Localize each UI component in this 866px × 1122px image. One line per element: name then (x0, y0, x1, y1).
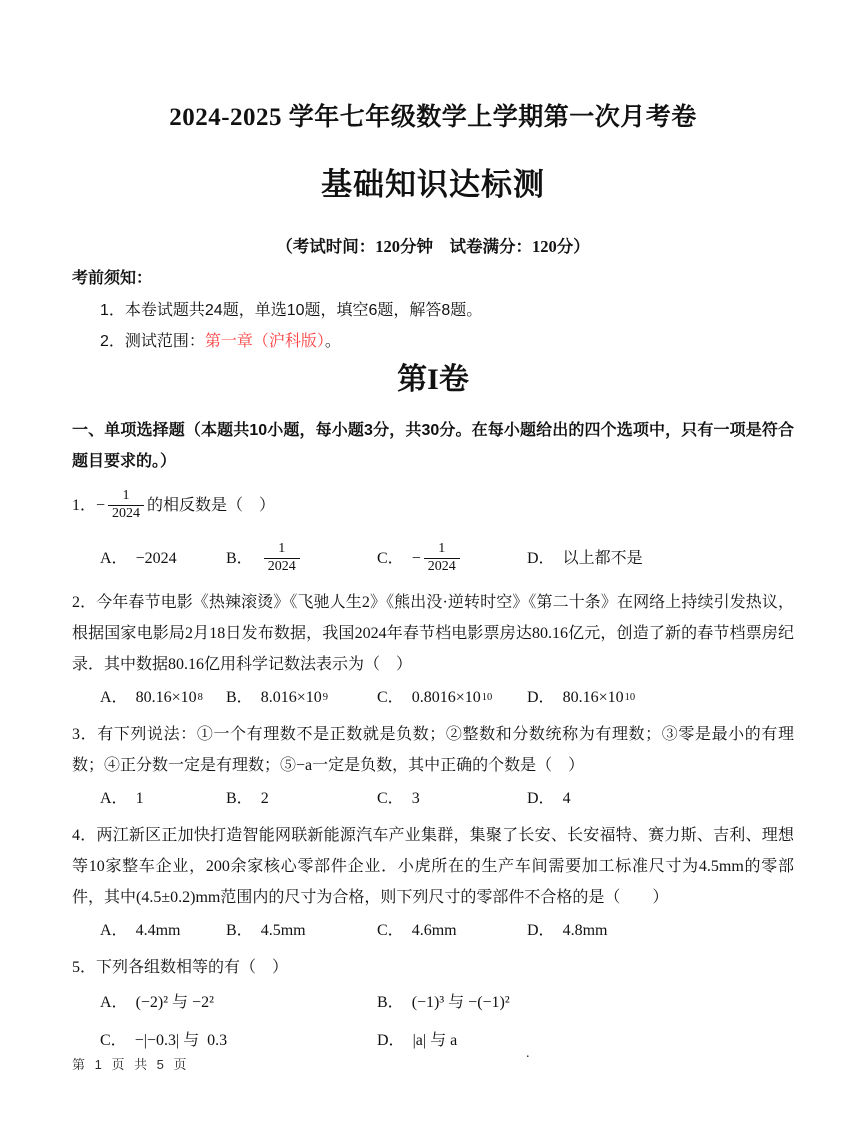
option-4b: B．4.5mm (226, 915, 377, 946)
notice-heading: 考前须知： (72, 268, 794, 290)
question-1-stem: 1．−12024的相反数是（ ） (72, 483, 794, 527)
option-2a: A．80.16×108 (100, 682, 226, 713)
option-4d: D．4.8mm (527, 915, 794, 946)
question-1-number: 1． (72, 490, 96, 521)
question-3-options: A．1 B．2 C．3 D．4 (72, 783, 794, 814)
option-label: C． (377, 915, 404, 946)
option-text: 2 (261, 783, 269, 814)
notice-list: 1．本卷试题共24题，单选10题，填空6题，解答8题。 2．测试范围：第一章（沪… (72, 295, 794, 357)
option-label: B． (377, 985, 404, 1021)
minus-sign: − (96, 490, 105, 521)
option-2c: C．0.8016×1010 (377, 682, 527, 713)
option-4c: C．4.6mm (377, 915, 527, 946)
section-1-heading: 一、单项选择题（本题共10小题，每小题3分，共30分。在每小题给出的四个选项中，… (72, 415, 794, 477)
option-label: B． (226, 682, 253, 713)
question-3: 3．有下列说法：①一个有理数不是正数就是负数；②整数和分数统称为有理数；③零是最… (72, 719, 794, 814)
exam-info-line: （考试时间：120分钟 试卷满分：120分） (72, 237, 794, 257)
option-4a: A．4.4mm (100, 915, 226, 946)
option-label: A． (100, 915, 128, 946)
option-text: 1 (136, 783, 144, 814)
question-2-number: 2． (72, 594, 96, 611)
option-2d: D．80.16×1010 (527, 682, 794, 713)
question-3-stem: 3．有下列说法：①一个有理数不是正数就是负数；②整数和分数统称为有理数；③零是最… (72, 719, 794, 781)
option-text: −2024 (136, 543, 177, 574)
option-label: D． (527, 682, 555, 713)
page-number-footer: 第 1 页 共 5 页 (72, 1054, 190, 1073)
option-label: D． (377, 1023, 405, 1059)
option-label: A． (100, 543, 128, 574)
question-4: 4．两江新区正加快打造智能网联新能源汽车产业集群，集聚了长安、长安福特、赛力斯、… (72, 820, 794, 946)
option-1d: D．以上都不是 (527, 535, 794, 581)
option-5a: A．(−2)² 与 −2² (100, 985, 377, 1021)
question-2-options: A．80.16×108 B．8.016×109 C．0.8016×1010 D．… (72, 682, 794, 713)
question-3-number: 3． (72, 726, 97, 743)
fraction: 12024 (424, 541, 460, 574)
option-label: C． (377, 783, 404, 814)
question-2-stem: 2．今年春节电影《热辣滚烫》《飞驰人生2》《熊出没·逆转时空》《第二十条》在网络… (72, 587, 794, 680)
option-text: 4 (563, 783, 571, 814)
option-label: C． (377, 543, 404, 574)
option-2b: B．8.016×109 (226, 682, 377, 713)
question-3-stem-text: 有下列说法：①一个有理数不是正数就是负数；②整数和分数统称为有理数；③零是最小的… (72, 726, 794, 774)
option-1a: A．−2024 (100, 535, 226, 581)
option-5d: D．|a| 与 a (377, 1023, 794, 1059)
option-label: A． (100, 682, 128, 713)
option-label: D． (527, 543, 555, 574)
question-1: 1．−12024的相反数是（ ） A．−2024 B．12024 C．−1202… (72, 483, 794, 581)
stray-dot-mark: . (526, 1046, 530, 1062)
question-5-number: 5． (72, 959, 96, 976)
option-label: D． (527, 783, 555, 814)
paper-subtitle: 基础知识达标测 (72, 166, 794, 204)
option-label: A． (100, 985, 128, 1021)
option-label: A． (100, 783, 128, 814)
notice-item-2-scope: 第一章（沪科版） (205, 333, 325, 350)
exam-paper-page: 2024-2025 学年七年级数学上学期第一次月考卷 基础知识达标测 （考试时间… (0, 0, 866, 1122)
question-4-stem-text: 两江新区正加快打造智能网联新能源汽车产业集群，集聚了长安、长安福特、赛力斯、吉利… (72, 827, 794, 906)
question-2: 2．今年春节电影《热辣滚烫》《飞驰人生2》《熊出没·逆转时空》《第二十条》在网络… (72, 587, 794, 713)
notice-item-2: 2．测试范围：第一章（沪科版）。 (100, 326, 794, 357)
option-label: B． (226, 915, 253, 946)
option-text: (−1)³ 与 −(−1)² (412, 985, 510, 1021)
option-label: C． (377, 682, 404, 713)
option-label: B． (226, 783, 253, 814)
notice-item-2-prefix: 2．测试范围： (100, 333, 205, 350)
question-5-options-row-1: A．(−2)² 与 −2² B．(−1)³ 与 −(−1)² (72, 985, 794, 1021)
question-4-options: A．4.4mm B．4.5mm C．4.6mm D．4.8mm (72, 915, 794, 946)
option-3c: C．3 (377, 783, 527, 814)
question-5-stem: 5．下列各组数相等的有（ ） (72, 952, 794, 983)
question-1-options: A．−2024 B．12024 C．−12024 D．以上都不是 (72, 535, 794, 581)
option-text: 80.16×10 (563, 682, 624, 713)
part-title: 第I卷 (72, 359, 794, 400)
option-text: 4.8mm (563, 915, 608, 946)
option-label: B． (226, 543, 253, 574)
question-5: 5．下列各组数相等的有（ ） A．(−2)² 与 −2² B．(−1)³ 与 −… (72, 952, 794, 1059)
option-3b: B．2 (226, 783, 377, 814)
option-text: 4.4mm (136, 915, 181, 946)
option-text: 4.5mm (261, 915, 306, 946)
option-text: (−2)² 与 −2² (136, 985, 214, 1021)
option-text: 4.6mm (412, 915, 457, 946)
question-5-stem-text: 下列各组数相等的有（ ） (96, 959, 288, 976)
notice-item-1: 1．本卷试题共24题，单选10题，填空6题，解答8题。 (100, 295, 794, 326)
option-5b: B．(−1)³ 与 −(−1)² (377, 985, 794, 1021)
option-text: 3 (412, 783, 420, 814)
option-1b: B．12024 (226, 535, 377, 581)
option-text: 以上都不是 (563, 543, 643, 574)
question-4-stem: 4．两江新区正加快打造智能网联新能源汽车产业集群，集聚了长安、长安福特、赛力斯、… (72, 820, 794, 913)
option-text: |a| 与 a (413, 1023, 458, 1059)
option-text: 80.16×10 (136, 682, 197, 713)
option-text: 8.016×10 (261, 682, 322, 713)
option-text: 0.8016×10 (412, 682, 481, 713)
option-3d: D．4 (527, 783, 794, 814)
question-2-stem-text: 今年春节电影《热辣滚烫》《飞驰人生2》《熊出没·逆转时空》《第二十条》在网络上持… (72, 594, 794, 673)
option-label: D． (527, 915, 555, 946)
question-1-stem-text: 的相反数是（ ） (147, 490, 275, 521)
minus-sign: − (412, 543, 421, 574)
fraction: 12024 (264, 541, 300, 574)
fraction: 12024 (108, 488, 144, 521)
paper-title: 2024-2025 学年七年级数学上学期第一次月考卷 (72, 102, 794, 133)
option-1c: C．−12024 (377, 535, 527, 581)
question-4-number: 4． (72, 827, 96, 844)
notice-item-2-suffix: 。 (325, 333, 341, 350)
option-3a: A．1 (100, 783, 226, 814)
